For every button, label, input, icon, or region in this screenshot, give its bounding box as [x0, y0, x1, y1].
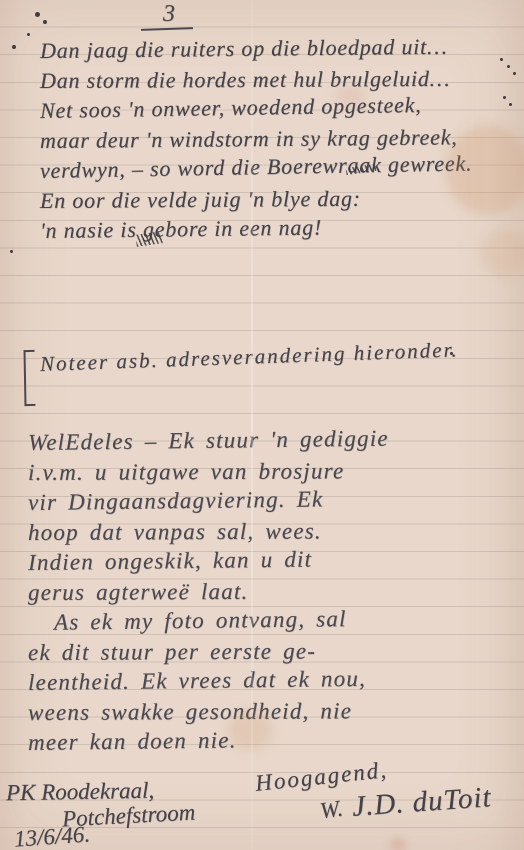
- letter-line: As ek my foto ontvang, sal: [28, 602, 522, 638]
- poem-line: Dan jaag die ruiters op die bloedpad uit…: [40, 31, 522, 66]
- poem-line: Net soos 'n onweer, woedend opgesteek,: [40, 88, 522, 126]
- poem-stanza: Dan jaag die ruiters op die bloedpad uit…: [40, 36, 522, 246]
- page-number-underline: [141, 27, 193, 31]
- ink-dot: [513, 72, 516, 75]
- letter-line: WelEdeles – Ek stuur 'n gediggie: [28, 422, 522, 458]
- ink-dot: [10, 250, 13, 253]
- signature-initial: W.: [318, 796, 344, 825]
- ink-dot: [450, 352, 453, 355]
- paper-crease: [251, 0, 253, 850]
- letter-line: leentheid. Ek vrees dat ek nou,: [28, 662, 522, 698]
- note-text: Noteer asb. adresverandering hieronder.: [40, 337, 459, 377]
- ink-dot: [27, 33, 30, 36]
- manuscript-page: 3 Dan jaag die ruiters op die bloedpad u…: [0, 0, 524, 850]
- ink-dot: [507, 65, 510, 68]
- letter-line: meer kan doen nie.: [28, 722, 522, 758]
- ink-dot: [509, 103, 512, 106]
- date: 13/6/46.: [13, 821, 91, 850]
- letter-line: Indien ongeskik, kan u dit: [28, 542, 522, 578]
- signature: J.D. duToit: [351, 781, 493, 824]
- ink-dot: [12, 45, 16, 49]
- letter-body: WelEdeles – Ek stuur 'n gediggie i.v.m. …: [28, 428, 522, 758]
- page-number: 3: [141, 1, 197, 28]
- paper-stain: [392, 840, 404, 850]
- ink-dot: [503, 96, 506, 99]
- ink-dot: [35, 12, 40, 17]
- address-change-note: Noteer asb. adresverandering hieronder.: [24, 350, 459, 406]
- ink-dot: [43, 20, 47, 24]
- poem-line: 'n nasie is gebore in een nag!: [40, 210, 522, 246]
- letter-line: vir Dingaansdagviering. Ek: [28, 482, 522, 518]
- bracket-mark: [24, 350, 36, 406]
- ink-dot: [500, 58, 503, 61]
